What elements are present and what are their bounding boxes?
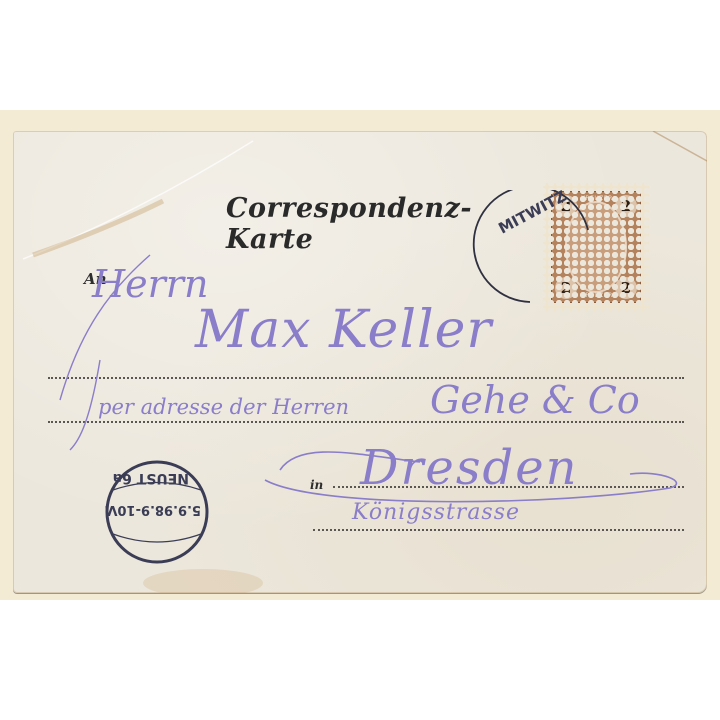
arrival-postmark-top-text: NEUST 6a bbox=[113, 470, 189, 486]
arrival-postmark: NEUST 6a 5.9.98.9-10V. bbox=[95, 450, 225, 580]
arrival-postmark-date: 5.9.98.9-10V. bbox=[104, 502, 201, 517]
origin-postmark: MITWITZ bbox=[470, 190, 620, 320]
origin-postmark-text: MITWITZ bbox=[495, 190, 569, 238]
handwriting-flourish bbox=[0, 0, 720, 720]
